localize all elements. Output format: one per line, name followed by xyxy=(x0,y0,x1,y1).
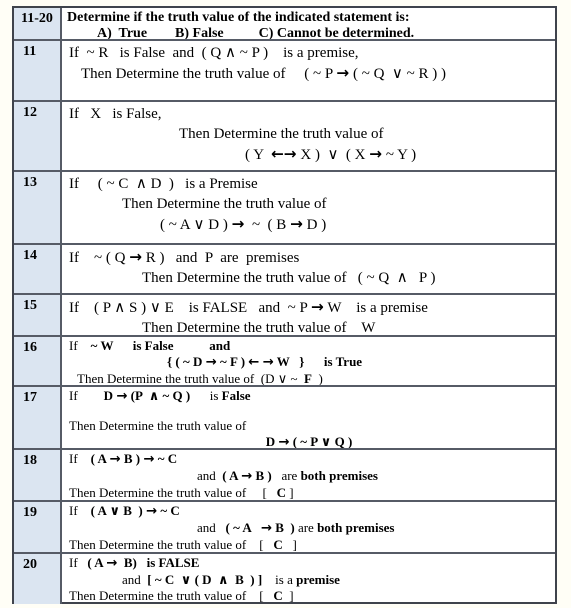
implies-arrow-glyph: → xyxy=(146,504,157,519)
implies-arrow-glyph: → xyxy=(284,145,297,163)
problem-number: 12 xyxy=(14,102,62,170)
formula-segment: C xyxy=(277,485,286,500)
text-segment: Then Determine the truth value of [ xyxy=(69,588,273,603)
problem-row-12: 12If X is False,Then Determine the truth… xyxy=(14,102,555,172)
text-line: If ( A ∨ B ) → ~ C xyxy=(67,503,551,520)
text-segment: If ~ ( Q → R ) and P are premises xyxy=(69,250,299,266)
formula-segment: [ ~ C ∨ ( D ∧ B ) ] xyxy=(147,572,262,587)
header-title-line2: A) True B) False C) Cannot be determined… xyxy=(67,26,551,39)
problem-row-20: 20If ( A → B) is FALSEand [ ~ C ∨ ( D ∧ … xyxy=(14,554,555,604)
text-line: If ( P ∧ S ) ∨ E is FALSE and ~ P → W is… xyxy=(67,297,551,318)
text-segment: ] xyxy=(286,485,294,500)
implies-arrow-glyph: → xyxy=(290,215,303,233)
formula-segment: C xyxy=(273,537,282,552)
text-line: If D → (P ∧ ~ Q ) is False xyxy=(67,388,551,405)
implies-arrow-glyph: → xyxy=(241,469,252,484)
left-arrow-glyph: ← xyxy=(248,355,259,370)
problem-text: If X is False,Then Determine the truth v… xyxy=(62,102,555,170)
text-line: Then Determine the truth value of ( ~ Q … xyxy=(67,268,551,288)
text-segment: Then Determine the truth value of ( ~ Q … xyxy=(142,270,435,286)
problem-row-15: 15If ( P ∧ S ) ∨ E is FALSE and ~ P → W … xyxy=(14,295,555,337)
problem-row-17: 17If D → (P ∧ ~ Q ) is FalseThen Determi… xyxy=(14,387,555,450)
formula-segment: ( A → B ) → ~ C xyxy=(91,451,177,466)
problem-number: 13 xyxy=(14,172,62,243)
problem-row-11: 11If ~ R is False and ( Q ∧ ~ P ) is a p… xyxy=(14,41,555,102)
text-segment: Then Determine the truth value of xyxy=(122,196,327,212)
text-line: ( Y ←→ X ) ∨ ( X → ~ Y ) xyxy=(67,144,551,165)
text-segment: If X is False, xyxy=(69,106,162,122)
text-segment: ( ~ A ∨ D ) → ~ ( B → D ) xyxy=(160,217,326,233)
text-segment: Then Determine the truth value of ( ~ P … xyxy=(81,66,446,82)
text-segment: is xyxy=(190,388,221,403)
implies-arrow-glyph: → xyxy=(261,521,272,536)
problem-text: If ( A → B) is FALSEand [ ~ C ∨ ( D ∧ B … xyxy=(62,554,555,604)
formula-segment: ( A ∨ B ) → ~ C xyxy=(91,503,180,518)
text-segment: and xyxy=(197,520,226,535)
implies-arrow-glyph: → xyxy=(369,145,382,163)
problem-number: 11 xyxy=(14,41,62,100)
text-segment: are xyxy=(295,520,317,535)
worksheet-page: 11-20 Determine if the truth value of th… xyxy=(0,0,571,608)
text-segment: Then Determine the truth value of [ xyxy=(69,537,273,552)
left-arrow-glyph: ← xyxy=(271,145,284,163)
text-line: and [ ~ C ∨ ( D ∧ B ) ] is a premise xyxy=(67,572,551,588)
formula-segment: D → (P ∧ ~ Q ) xyxy=(104,388,191,403)
text-segment: are xyxy=(272,468,301,483)
problem-number: 19 xyxy=(14,502,62,552)
text-segment: If xyxy=(69,503,91,518)
text-line: Then Determine the truth value of [ C ] xyxy=(67,588,551,604)
truth-value-problems-table: 11-20 Determine if the truth value of th… xyxy=(12,6,557,604)
problem-row-14: 14If ~ ( Q → R ) and P are premisesThen … xyxy=(14,245,555,295)
header-title-line1: Determine if the truth value of the indi… xyxy=(67,10,551,26)
formula-segment: both premises xyxy=(317,520,394,535)
text-segment: ] xyxy=(283,537,297,552)
problem-text: If ~ R is False and ( Q ∧ ~ P ) is a pre… xyxy=(62,41,555,100)
text-segment: If xyxy=(69,451,91,466)
text-line: D → ( ~ P ∨ Q ) xyxy=(67,434,551,448)
text-segment: and xyxy=(197,468,222,483)
text-line: Then Determine the truth value of ( ~ P … xyxy=(67,63,551,84)
text-line: { ( ~ D → ~ F ) ← → W } is True xyxy=(67,354,551,371)
text-segment: Then Determine the truth value of xyxy=(69,418,246,433)
text-segment: If ( P ∧ S ) ∨ E is FALSE and ~ P → W is… xyxy=(69,300,428,316)
formula-segment: D → ( ~ P ∨ Q ) xyxy=(266,434,353,448)
text-segment: If ~ R is False and ( Q ∧ ~ P ) is a pre… xyxy=(69,45,359,61)
text-line: If ~ W is False and xyxy=(67,338,551,354)
formula-segment: ( A → B ) xyxy=(222,468,271,483)
problem-text: If ( ~ C ∧ D ) is a PremiseThen Determin… xyxy=(62,172,555,243)
text-line: Then Determine the truth value of [ C ] xyxy=(67,485,551,500)
implies-arrow-glyph: → xyxy=(263,355,274,370)
problem-row-18: 18If ( A → B ) → ~ Cand ( A → B ) are bo… xyxy=(14,450,555,502)
implies-arrow-glyph: → xyxy=(311,298,324,316)
table-header-row: 11-20 Determine if the truth value of th… xyxy=(14,8,555,41)
text-segment: If ( ~ C ∧ D ) is a Premise xyxy=(69,176,258,192)
implies-arrow-glyph: → xyxy=(143,452,154,467)
implies-arrow-glyph: → xyxy=(116,389,127,404)
text-segment: Then Determine the truth value of xyxy=(179,126,384,142)
text-segment: If xyxy=(69,388,104,403)
text-segment: Then Determine the truth value of (D ∨ ~ xyxy=(77,371,304,385)
implies-arrow-glyph: → xyxy=(109,452,120,467)
problem-row-13: 13If ( ~ C ∧ D ) is a PremiseThen Determ… xyxy=(14,172,555,245)
text-segment: ] xyxy=(283,588,294,603)
text-line: If X is False, xyxy=(67,104,551,124)
implies-arrow-glyph: → xyxy=(206,355,217,370)
implies-arrow-glyph: → xyxy=(336,64,349,82)
text-line: If ( A → B ) → ~ C xyxy=(67,451,551,468)
problem-text: If ( P ∧ S ) ∨ E is FALSE and ~ P → W is… xyxy=(62,295,555,335)
text-segment: Then Determine the truth value of [ xyxy=(69,485,277,500)
header-range-cell: 11-20 xyxy=(14,8,62,39)
text-segment: ( Y ←→ X ) ∨ ( X → ~ Y ) xyxy=(245,147,416,163)
problem-number: 18 xyxy=(14,450,62,500)
text-segment: is a xyxy=(262,572,296,587)
formula-segment: C xyxy=(273,588,282,603)
formula-segment: { ( ~ D → ~ F ) ← → W } is True xyxy=(167,354,362,369)
text-line: Then Determine the truth value of xyxy=(67,194,551,214)
formula-segment: both premises xyxy=(301,468,378,483)
formula-segment: ( A → B) is FALSE xyxy=(87,555,199,570)
formula-segment: False xyxy=(222,388,251,403)
implies-arrow-glyph: → xyxy=(106,556,117,571)
text-line: Then Determine the truth value of W xyxy=(67,318,551,335)
problem-text: If ~ ( Q → R ) and P are premisesThen De… xyxy=(62,245,555,293)
problem-row-16: 16If ~ W is False and{ ( ~ D → ~ F ) ← →… xyxy=(14,337,555,387)
text-line: Then Determine the truth value of xyxy=(67,124,551,144)
text-segment: ) xyxy=(312,371,323,385)
text-line: and ( ~ A → B ) are both premises xyxy=(67,520,551,537)
text-line: ( ~ A ∨ D ) → ~ ( B → D ) xyxy=(67,214,551,235)
text-segment: If xyxy=(69,338,91,353)
formula-segment: ( ~ A → B ) xyxy=(226,520,295,535)
text-segment: If xyxy=(69,555,87,570)
problem-number: 16 xyxy=(14,337,62,385)
text-line: If ( A → B) is FALSE xyxy=(67,555,551,572)
implies-arrow-glyph: → xyxy=(232,215,245,233)
formula-segment: F xyxy=(304,371,312,385)
problem-text: If D → (P ∧ ~ Q ) is FalseThen Determine… xyxy=(62,387,555,448)
formula-segment: ~ W is False and xyxy=(91,338,231,353)
problem-row-19: 19If ( A ∨ B ) → ~ Cand ( ~ A → B ) are … xyxy=(14,502,555,554)
problem-text: If ~ W is False and{ ( ~ D → ~ F ) ← → W… xyxy=(62,337,555,385)
text-line: and ( A → B ) are both premises xyxy=(67,468,551,485)
text-segment: and xyxy=(122,572,147,587)
text-line: If ~ ( Q → R ) and P are premises xyxy=(67,247,551,268)
text-line: If ~ R is False and ( Q ∧ ~ P ) is a pre… xyxy=(67,43,551,63)
text-line: Then Determine the truth value of xyxy=(67,418,551,434)
problem-number: 14 xyxy=(14,245,62,293)
implies-arrow-glyph: → xyxy=(278,435,289,448)
text-line: Then Determine the truth value of (D ∨ ~… xyxy=(67,371,551,385)
text-line: Then Determine the truth value of [ C ] xyxy=(67,537,551,552)
formula-segment: premise xyxy=(296,572,340,587)
header-title-cell: Determine if the truth value of the indi… xyxy=(62,8,555,39)
text-segment: Then Determine the truth value of W xyxy=(142,320,375,335)
problem-number: 15 xyxy=(14,295,62,335)
problem-text: If ( A → B ) → ~ Cand ( A → B ) are both… xyxy=(62,450,555,500)
text-line: If ( ~ C ∧ D ) is a Premise xyxy=(67,174,551,194)
problem-text: If ( A ∨ B ) → ~ Cand ( ~ A → B ) are bo… xyxy=(62,502,555,552)
problem-number: 17 xyxy=(14,387,62,448)
text-line xyxy=(67,405,551,418)
problem-number: 20 xyxy=(14,554,62,604)
implies-arrow-glyph: → xyxy=(129,248,142,266)
